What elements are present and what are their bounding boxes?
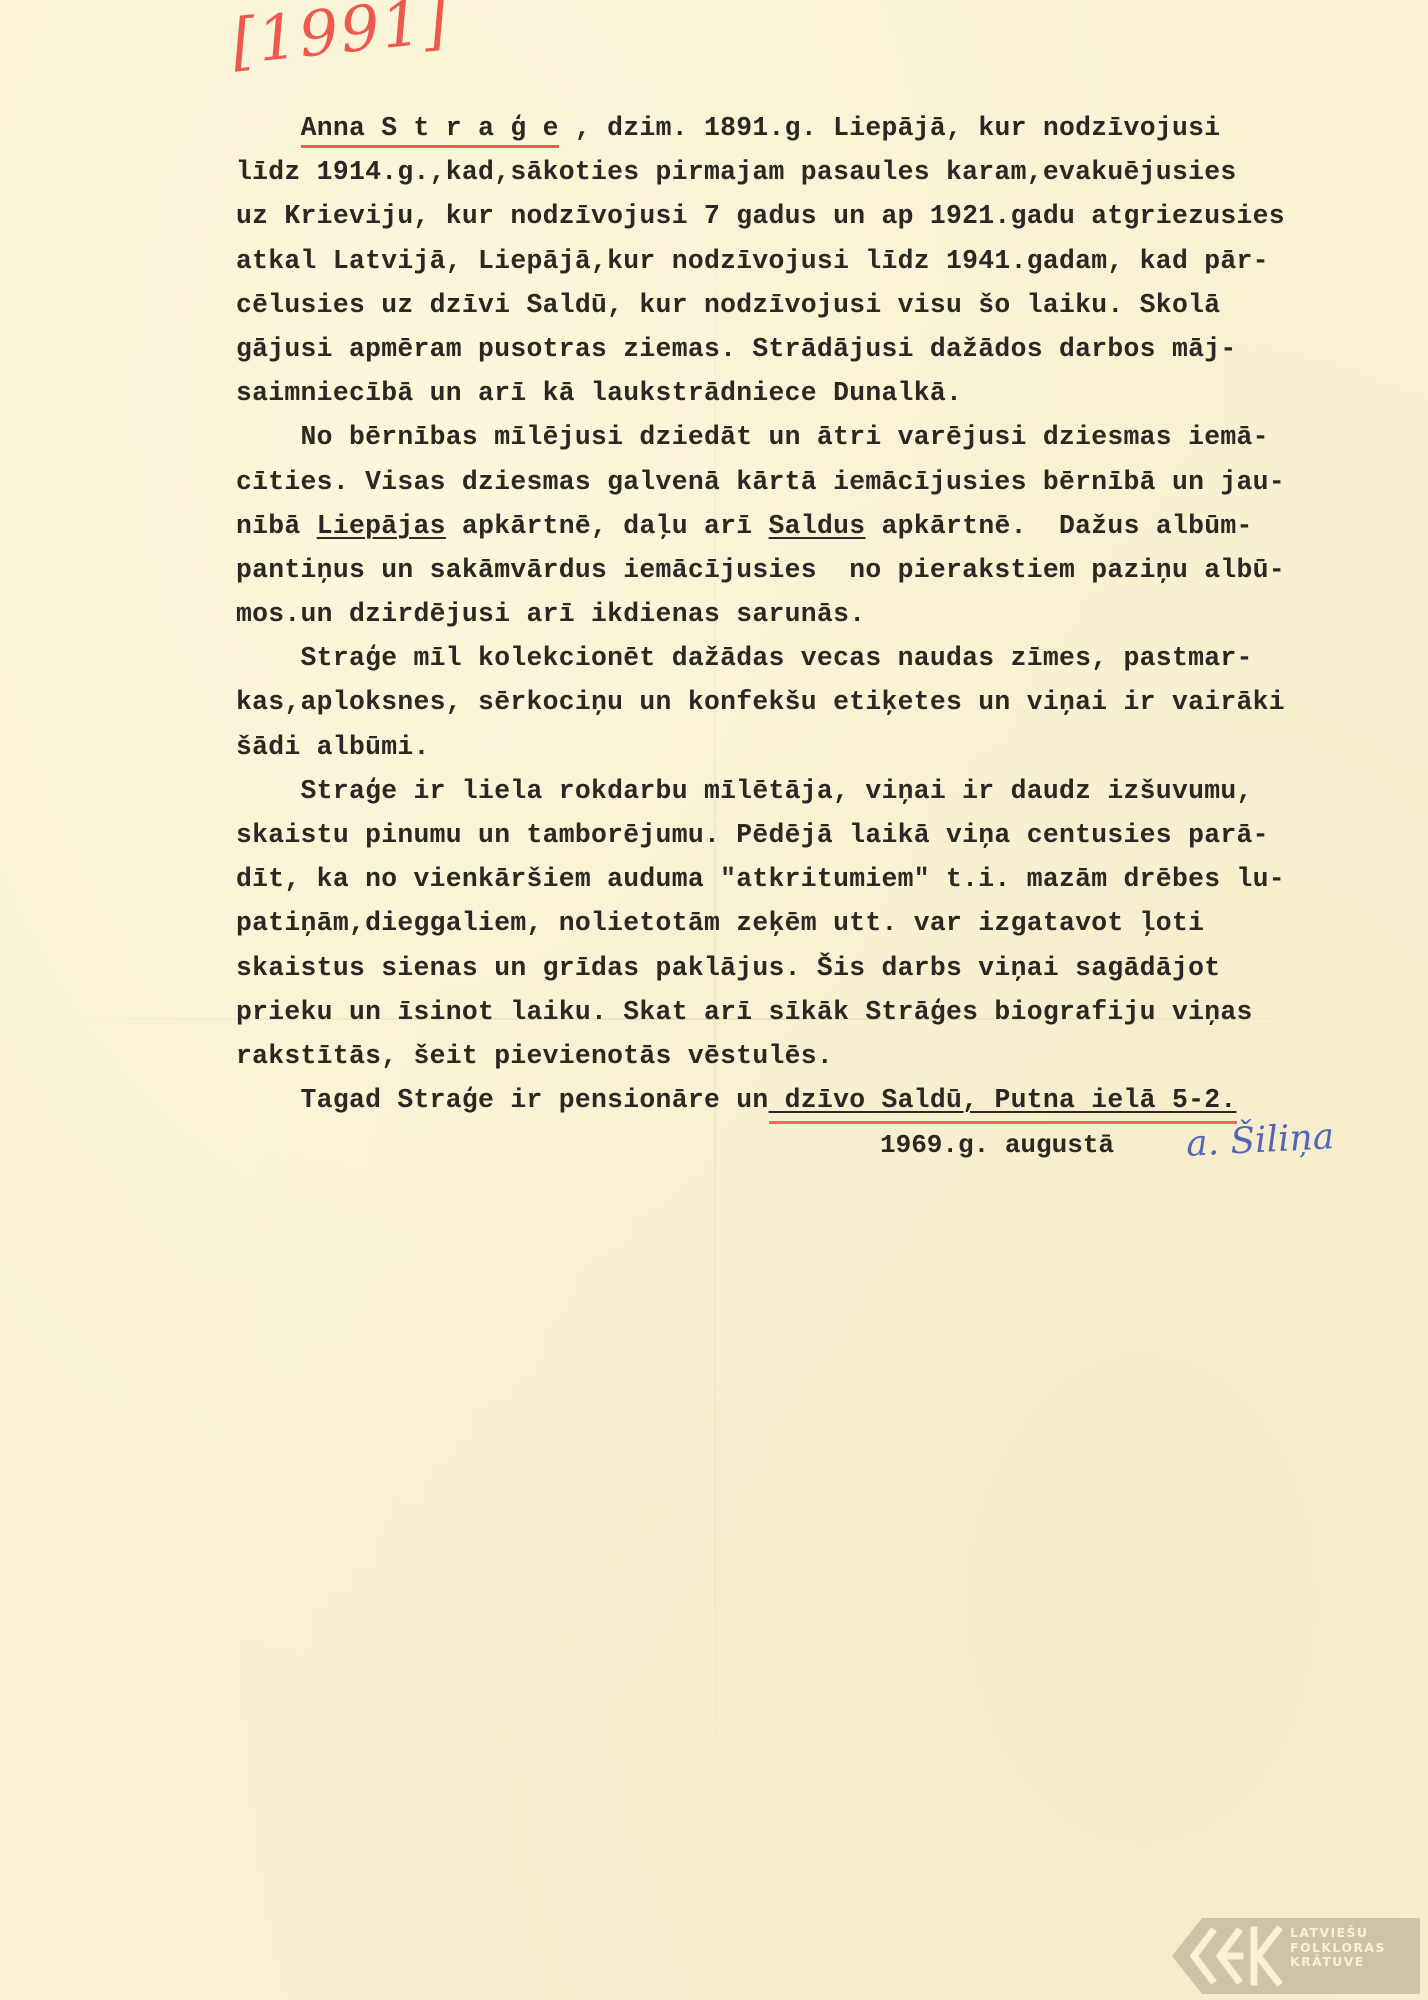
logo-line-1: LATVIEŠU — [1290, 1926, 1386, 1941]
text-segment: cēlusies uz dzīvi Saldū, kur nodzīvojusi… — [236, 290, 1220, 320]
text-line: Straģe ir liela rokdarbu mīlētāja, viņai… — [236, 769, 1406, 813]
text-segment: atkal Latvijā, Liepājā,kur nodzīvojusi l… — [236, 246, 1269, 276]
text-line: šādi albūmi. — [236, 725, 1406, 769]
handwritten-signature: a. Šiliņa — [1185, 1116, 1335, 1165]
text-segment: No bērnības mīlējusi dziedāt un ātri var… — [236, 422, 1269, 452]
text-line: mos.un dzirdējusi arī ikdienas sarunās. — [236, 592, 1406, 636]
text-segment: saimniecībā un arī kā laukstrādniece Dun… — [236, 378, 962, 408]
typewritten-body: Anna S t r a ģ e , dzim. 1891.g. Liepājā… — [236, 106, 1406, 1122]
text-line: skaistus sienas un grīdas paklājus. Šis … — [236, 946, 1406, 990]
text-line: cīties. Visas dziesmas galvenā kārtā iem… — [236, 460, 1406, 504]
underlined-text: Anna S t r a ģ e — [301, 113, 559, 148]
text-line: uz Krieviju, kur nodzīvojusi 7 gadus un … — [236, 194, 1406, 238]
logo-line-2: FOLKLORAS — [1290, 1941, 1386, 1956]
text-segment: nībā — [236, 511, 317, 541]
text-segment: , dzim. 1891.g. Liepājā, kur nodzīvojusi — [559, 113, 1221, 143]
text-line: līdz 1914.g.,kad,sākoties pirmajam pasau… — [236, 150, 1406, 194]
text-segment: apkārtnē. Dažus albūm- — [865, 511, 1252, 541]
text-segment — [236, 113, 301, 143]
text-segment: Straģe ir liela rokdarbu mīlētāja, viņai… — [236, 776, 1253, 806]
text-segment: Tagad Straģe ir pensionāre un — [236, 1085, 769, 1115]
text-segment: dīt, ka no vienkāršiem auduma "atkritumi… — [236, 864, 1285, 894]
text-segment: pantiņus un sakāmvārdus iemācījusies no … — [236, 555, 1285, 585]
underlined-text: Saldus — [769, 511, 866, 541]
text-segment: Straģe mīl kolekcionēt dažādas vecas nau… — [236, 643, 1253, 673]
text-line: Anna S t r a ģ e , dzim. 1891.g. Liepājā… — [236, 106, 1406, 150]
text-line: gājusi apmēram pusotras ziemas. Strādāju… — [236, 327, 1406, 371]
text-segment: rakstītās, šeit pievienotās vēstulēs. — [236, 1041, 833, 1071]
text-segment: mos.un dzirdējusi arī ikdienas sarunās. — [236, 599, 865, 629]
logo-line-3: KRĀTUVE — [1290, 1955, 1386, 1970]
text-segment: gājusi apmēram pusotras ziemas. Strādāju… — [236, 334, 1237, 364]
text-line: Straģe mīl kolekcionēt dažādas vecas nau… — [236, 636, 1406, 680]
text-line: kas,aploksnes, sērkociņu un konfekšu eti… — [236, 680, 1406, 724]
logo-text: LATVIEŠU FOLKLORAS KRĀTUVE — [1290, 1926, 1386, 1970]
text-segment: cīties. Visas dziesmas galvenā kārtā iem… — [236, 467, 1285, 497]
text-segment: apkārtnē, daļu arī — [446, 511, 769, 541]
text-line: No bērnības mīlējusi dziedāt un ātri var… — [236, 415, 1406, 459]
text-line: saimniecībā un arī kā laukstrādniece Dun… — [236, 371, 1406, 415]
text-line: cēlusies uz dzīvi Saldū, kur nodzīvojusi… — [236, 283, 1406, 327]
underlined-text: Liepājas — [317, 511, 446, 541]
text-segment: kas,aploksnes, sērkociņu un konfekšu eti… — [236, 687, 1285, 717]
underlined-text: dzīvo Saldū, Putna ielā 5-2. — [769, 1085, 1237, 1124]
text-line: Tagad Straģe ir pensionāre un dzīvo Sald… — [236, 1078, 1406, 1122]
text-line: dīt, ka no vienkāršiem auduma "atkritumi… — [236, 857, 1406, 901]
text-segment: skaistu pinumu un tamborējumu. Pēdējā la… — [236, 820, 1269, 850]
text-line: skaistu pinumu un tamborējumu. Pēdējā la… — [236, 813, 1406, 857]
text-segment: patiņām,dieggaliem, nolietotām zeķēm utt… — [236, 908, 1204, 938]
text-line: nībā Liepājas apkārtnē, daļu arī Saldus … — [236, 504, 1406, 548]
archive-logo: LATVIEŠU FOLKLORAS KRĀTUVE — [1172, 1918, 1420, 1994]
text-segment: uz Krieviju, kur nodzīvojusi 7 gadus un … — [236, 201, 1285, 231]
text-line: atkal Latvijā, Liepājā,kur nodzīvojusi l… — [236, 239, 1406, 283]
text-segment: līdz 1914.g.,kad,sākoties pirmajam pasau… — [236, 157, 1237, 187]
text-line: prieku un īsinot laiku. Skat arī sīkāk S… — [236, 990, 1406, 1034]
document-date: 1969.g. augustā — [880, 1130, 1114, 1160]
text-segment: skaistus sienas un grīdas paklājus. Šis … — [236, 953, 1220, 983]
text-line: pantiņus un sakāmvārdus iemācījusies no … — [236, 548, 1406, 592]
text-segment: prieku un īsinot laiku. Skat arī sīkāk S… — [236, 997, 1253, 1027]
text-line: patiņām,dieggaliem, nolietotām zeķēm utt… — [236, 901, 1406, 945]
text-segment: šādi albūmi. — [236, 732, 430, 762]
text-line: rakstītās, šeit pievienotās vēstulēs. — [236, 1034, 1406, 1078]
